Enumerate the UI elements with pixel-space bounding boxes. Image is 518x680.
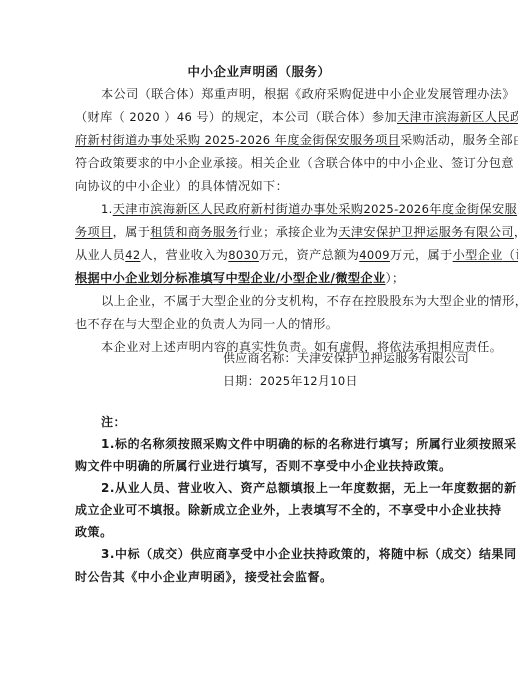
project-name-part: 年度金街保安服: [429, 202, 517, 216]
project-name-part: 年度金街保安服务项目: [270, 133, 400, 147]
intro-line-3: 府新村街道办事处采购 2025-2026 年度金街保安服务项目采购活动，服务全部…: [75, 132, 447, 148]
note3-line-1: 3.中标（成交）供应商享受中小企业扶持政策的，将随中标（成交）结果同: [75, 546, 473, 562]
project-name-part: 务项目: [75, 225, 113, 239]
note2-line-3: 政策。: [75, 524, 447, 540]
intro-text: 采购活动，服务全部由: [400, 133, 518, 147]
item1-line-4: 根据中小企业划分标准填写中型企业/小型企业/微型企业）；: [75, 270, 447, 286]
project-name-part: 天津市滨海新区人民政: [397, 110, 518, 124]
intro-line-4: 符合政策要求的中小企业承接。相关企业（含联合体中的中小企业、签订分包意: [75, 155, 447, 171]
para2-line-2: 也不存在与大型企业的负责人为同一人的情形。: [75, 316, 447, 332]
industry-value: 租赁和商务服务: [150, 225, 238, 239]
note3-line-2: 时公告其《中小企业声明函》，接受社会监督。: [75, 569, 447, 585]
item-text: 万元，属于: [390, 248, 453, 262]
item1-line-1: 1.天津市滨海新区人民政府新村街道办事处采购2025-2026年度金街保安服: [75, 201, 473, 217]
project-year-range: 2025-2026: [363, 202, 429, 216]
notes-heading: 注：: [75, 414, 473, 430]
project-name-part: 府新村街道办事处采购: [75, 133, 205, 147]
enterprise-size-value: 小型企业: [453, 248, 503, 262]
note2-line-1: 2.从业人员、营业收入、资产总额填报上一年度数据，无上一年度数据的新: [75, 480, 473, 496]
intro-text: （财库（: [75, 110, 129, 124]
intro-line-1: 本公司（联合体）郑重声明，根据《政府采购促进中小企业发展管理办法》: [75, 86, 473, 102]
project-year-range: 2025-2026: [205, 133, 271, 147]
supplier-label: 供应商名称：: [223, 351, 297, 365]
note-number: 2.: [101, 481, 115, 495]
note2-line-2: 成立企业可不填报。除新成立企业外，上表填写不全的，不享受中小企业扶持: [75, 502, 447, 518]
date-text: 日: [345, 374, 357, 388]
item-number: 1.: [101, 202, 113, 216]
item-text: 从业人员: [75, 248, 125, 262]
item1-line-3: 从业人员42人，营业收入为8030万元，资产总额为4009万元，属于小型企业（请: [75, 247, 447, 263]
date-text: 月: [318, 374, 330, 388]
item1-line-2: 务项目，属于租赁和商务服务行业；承接企业为天津安保护卫押运服务有限公司，: [75, 224, 447, 240]
size-hint: 根据中小企业划分标准填写中型企业/小型企业/微型企业: [75, 271, 386, 285]
date-month: 12: [303, 374, 318, 388]
regulation-number: 46: [177, 110, 192, 124]
item-text: 人，营业收入为: [141, 248, 229, 262]
revenue-value: 8030: [228, 248, 259, 262]
item-text: 行业；承接企业为: [238, 225, 338, 239]
note-text: 从业人员、营业收入、资产总额填报上一年度数据，无上一年度数据的新: [115, 481, 517, 495]
project-name-part: 天津市滨海新区人民政府新村街道办事处采购: [113, 202, 364, 216]
date-day: 10: [330, 374, 345, 388]
intro-text: 号）的规定，本公司（联合体）参加: [192, 110, 397, 124]
intro-text: 本公司（联合体）郑重声明，根据《政府采购促进中小企业发展管理办法》: [101, 87, 515, 101]
note1-line-2: 购文件中明确的所属行业进行填写，否则不享受中小企业扶持政策。: [75, 458, 447, 474]
note1-line-1: 1.标的名称须按照采购文件中明确的标的名称进行填写；所属行业须按照采: [75, 436, 473, 452]
document-page: 中小企业声明函（服务） 本公司（联合体）郑重声明，根据《政府采购促进中小企业发展…: [0, 0, 518, 680]
item-text: ）；: [386, 271, 405, 285]
note-text: 中标（成交）供应商享受中小企业扶持政策的，将随中标（成交）结果同: [115, 547, 517, 561]
intro-text: ）: [160, 110, 177, 124]
item-text: 万元，资产总额为: [259, 248, 359, 262]
date-year: 2025: [260, 374, 290, 388]
para2-line-1: 以上企业，不属于大型企业的分支机构，不存在控股股东为大型企业的情形，: [75, 293, 473, 309]
item-text: ，属于: [113, 225, 151, 239]
supplier-name: 天津安保护卫押运服务有限公司: [297, 351, 469, 365]
company-name: 天津安保护卫押运服务有限公司: [338, 225, 514, 239]
document-title: 中小企业声明函（服务）: [0, 62, 518, 80]
assets-value: 4009: [359, 248, 390, 262]
note-number: 1.: [101, 437, 115, 451]
date-label: 日期：: [223, 374, 260, 388]
date-line: 日期：2025年12月10日: [223, 373, 358, 389]
size-hint: （请: [503, 248, 518, 262]
supplier-line: 供应商名称：天津安保护卫押运服务有限公司: [223, 350, 469, 366]
note-number: 3.: [101, 547, 115, 561]
employees-value: 42: [125, 248, 140, 262]
intro-line-5: 向协议的中小企业）的具体情况如下：: [75, 178, 447, 194]
item-text: ，: [514, 225, 518, 239]
intro-line-2: （财库（ 2020 ）46 号）的规定，本公司（联合体）参加天津市滨海新区人民政: [75, 109, 447, 125]
date-text: 年: [290, 374, 302, 388]
regulation-year: 2020: [129, 110, 160, 124]
note-text: 标的名称须按照采购文件中明确的标的名称进行填写；所属行业须按照采: [115, 437, 517, 451]
